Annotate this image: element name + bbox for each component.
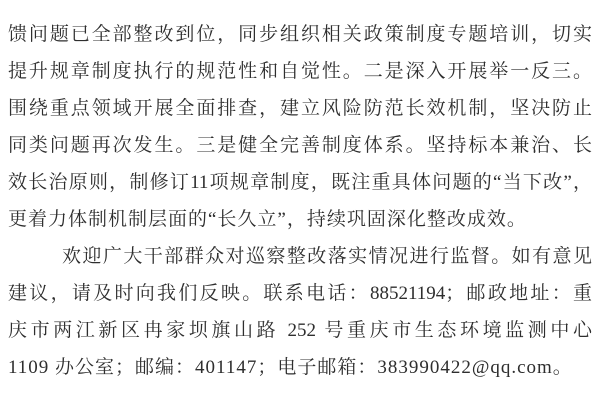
text-line-5: 效长治原则，制修订11项规章制度，既注重具体问题的“当下改”， bbox=[8, 164, 592, 201]
text-line-9: 庆市两江新区冉家坝旗山路 252 号重庆市生态环境监测中心 bbox=[8, 312, 592, 349]
text-line-3: 围绕重点领域开展全面排查，建立风险防范长效机制，坚决防止 bbox=[8, 90, 592, 127]
text-line-6: 更着力体制机制层面的“长久立”，持续巩固深化整改成效。 bbox=[8, 201, 592, 238]
text-line-7: 欢迎广大干部群众对巡察整改落实情况进行监督。如有意见 bbox=[8, 238, 592, 275]
text-line-2: 提升规章制度执行的规范性和自觉性。二是深入开展举一反三。 bbox=[8, 53, 592, 90]
document-page: 馈问题已全部整改到位，同步组织相关政策制度专题培训，切实 提升规章制度执行的规范… bbox=[0, 0, 600, 398]
text-line-8: 建议，请及时向我们反映。联系电话：88521194；邮政地址：重 bbox=[8, 275, 592, 312]
text-line-10: 1109 办公室；邮编：401147；电子邮箱：383990422@qq.com… bbox=[8, 349, 592, 386]
text-line-4: 同类问题再次发生。三是健全完善制度体系。坚持标本兼治、长 bbox=[8, 127, 592, 164]
text-line-1: 馈问题已全部整改到位，同步组织相关政策制度专题培训，切实 bbox=[8, 16, 592, 53]
